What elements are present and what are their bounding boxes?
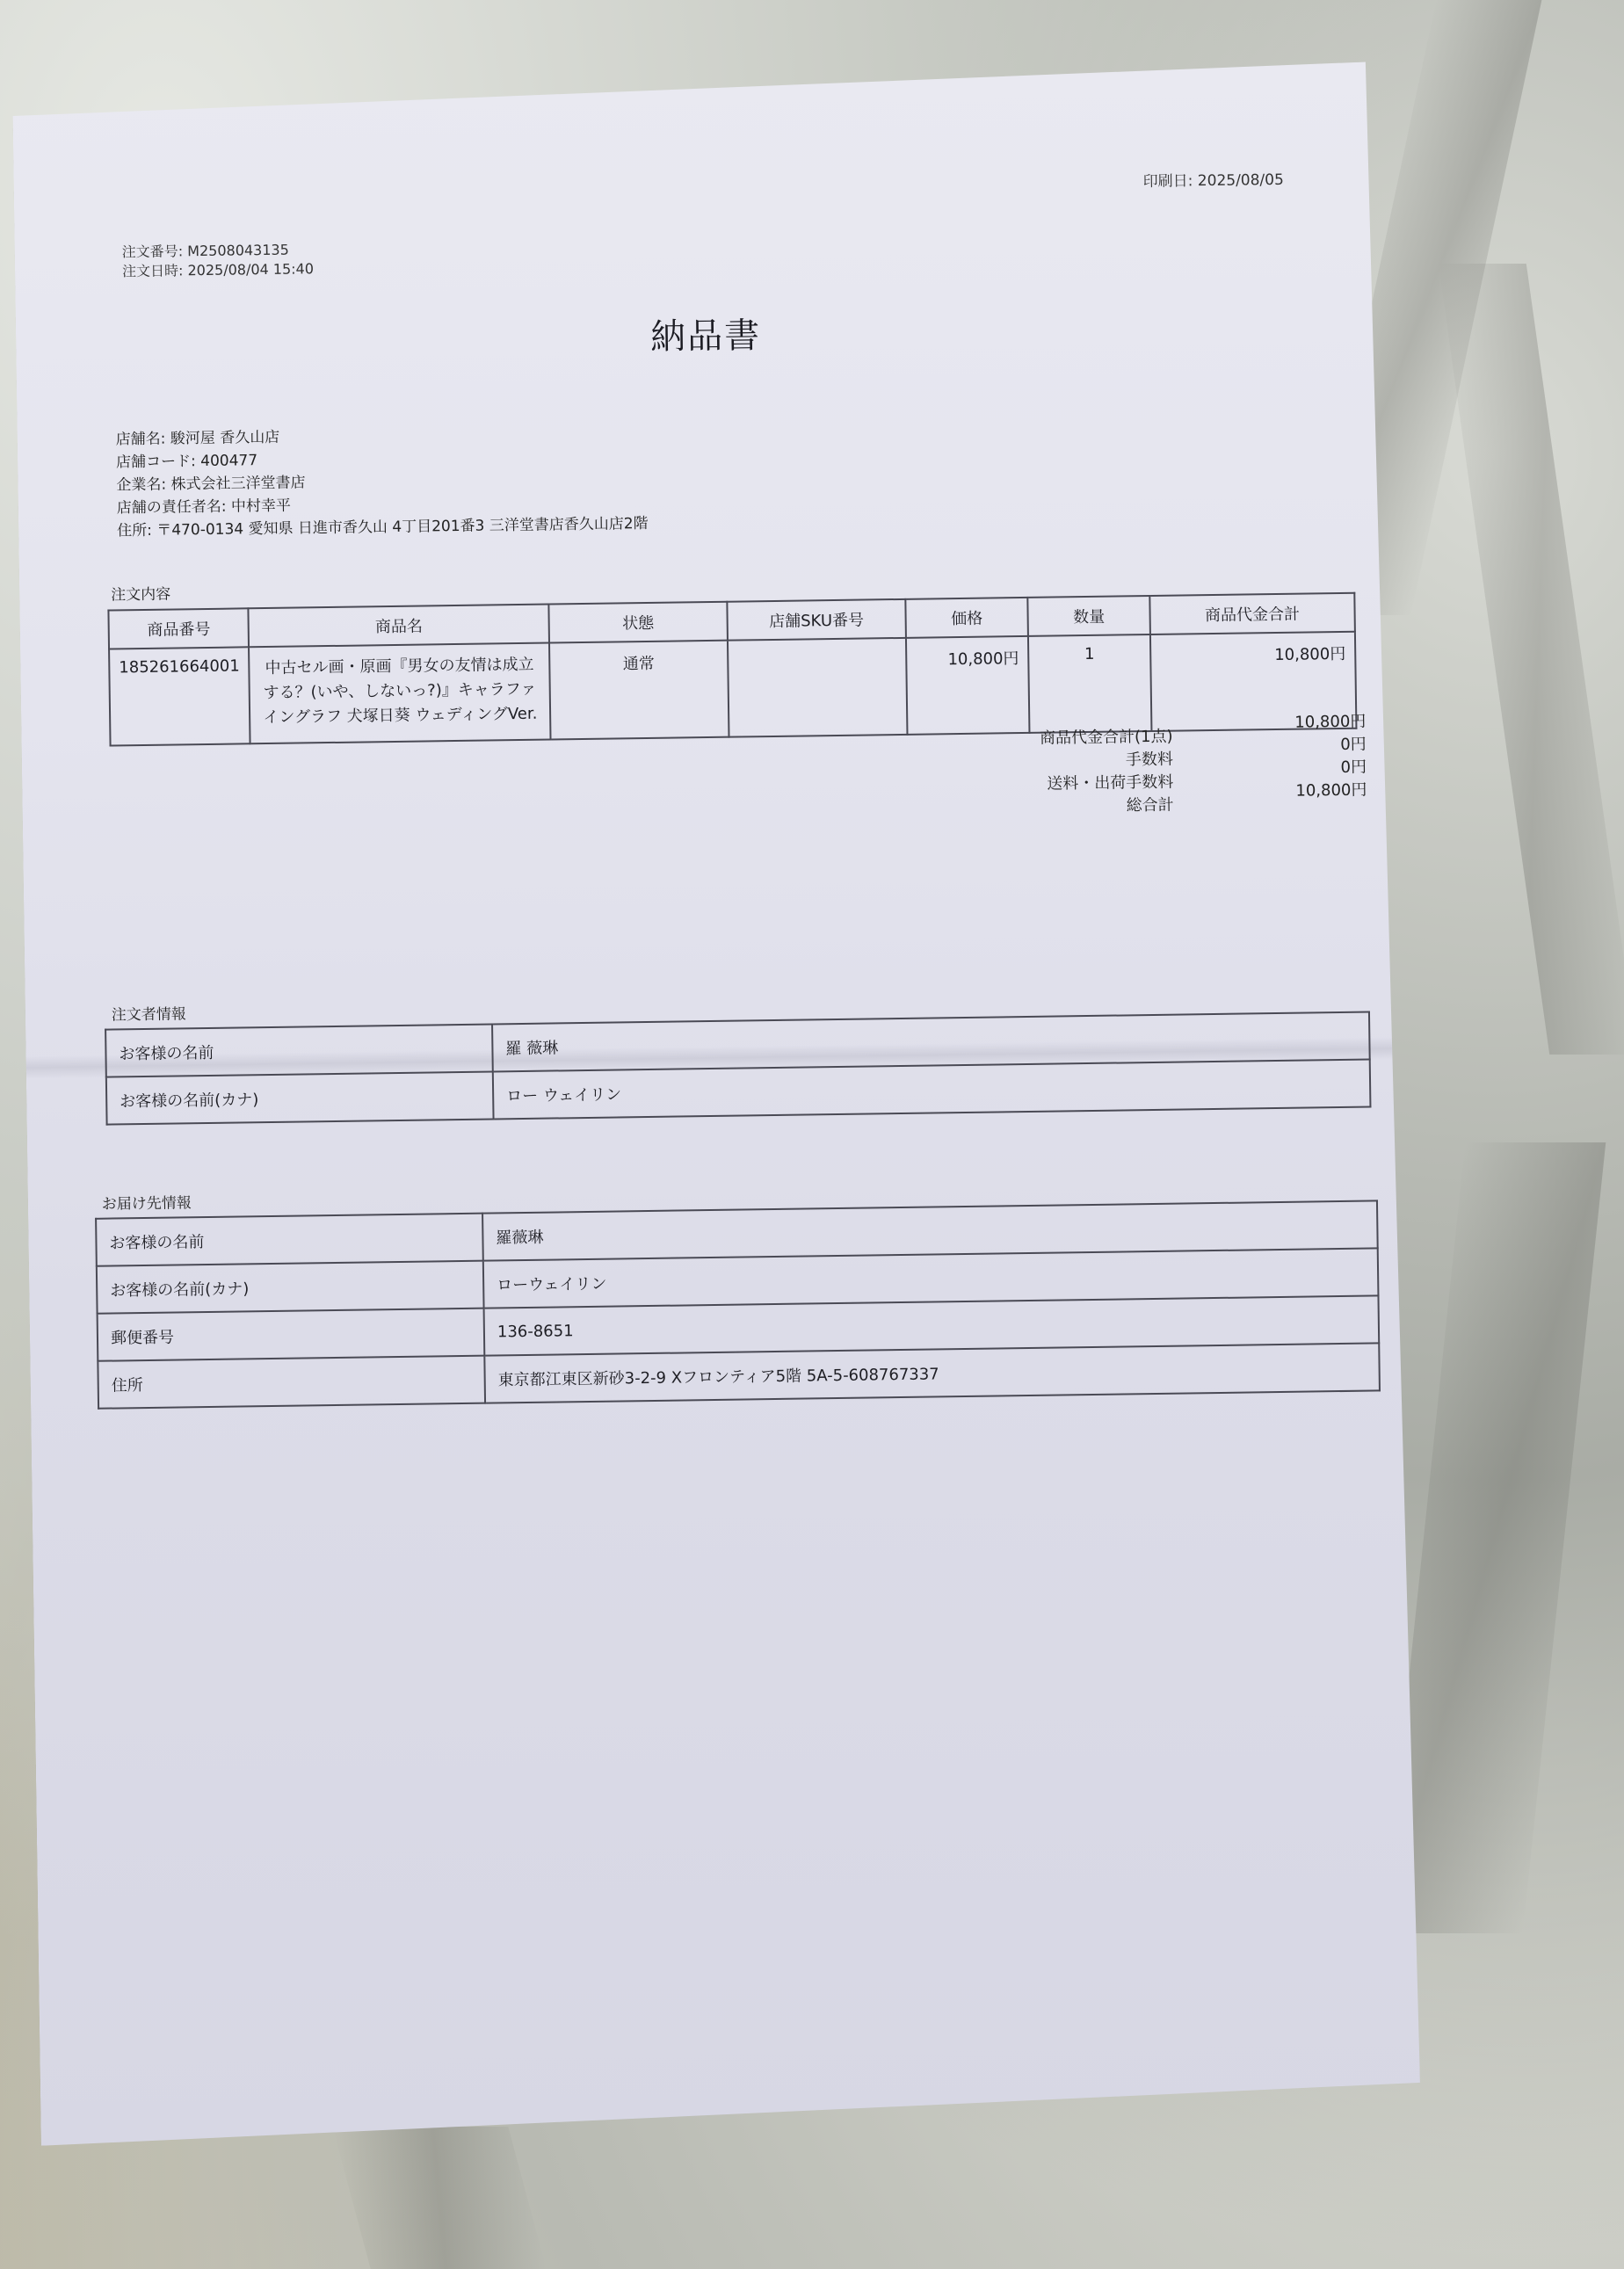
delivery-note-paper: 印刷日: 2025/08/05 注文番号: M2508043135 注文日時: … [12,62,1421,2146]
print-date: 印刷日: 2025/08/05 [1143,167,1284,191]
orderer-info-table: お客様の名前 羅 薇琳 お客様の名前(カナ) ロー ウェイリン [105,1011,1371,1126]
fee-label: 手数料 [936,747,1173,761]
store-code-value: 400477 [200,452,257,470]
delivery-address-label: 住所 [98,1356,485,1409]
delivery-kana-label: お客様の名前(カナ) [97,1261,484,1314]
delivery-info-label: お届け先情報 [102,1190,192,1213]
items-total-label: 商品代金合計(1点) [935,724,1172,738]
manager-value: 中村幸平 [231,497,291,516]
orderer-info-label: 注文者情報 [112,1001,186,1024]
order-datetime: 注文日時: 2025/08/04 15:40 [122,259,314,281]
store-code-label: 店舗コード [116,453,191,471]
totals-summary: 商品代金合計(1点) 10,800円 手数料 0円 送料・出荷手数料 0円 総合… [935,709,1367,807]
store-info: 店舗名: 駿河屋 香久山店 店舗コード: 400477 企業名: 株式会社三洋堂… [116,421,649,542]
store-address-label: 住所 [117,522,147,540]
manager-label: 店舗の責任者名 [117,498,221,518]
orderer-kana-label: お客様の名前(カナ) [106,1071,494,1124]
store-sku-cell [728,638,907,737]
column-header: 商品代金合計 [1149,593,1355,634]
condition-cell: 通常 [549,641,729,740]
column-header: 商品番号 [108,608,249,649]
order-meta: 注文番号: M2508043135 注文日時: 2025/08/04 15:40 [122,240,315,281]
company-value: 株式会社三洋堂書店 [170,474,305,493]
print-date-label: 印刷日 [1143,172,1188,191]
company-label: 企業名 [116,476,161,495]
product-name-cell: 中古セル画・原画『男女の友情は成立する？(いや、しないっ?)』キャラファイングラ… [249,643,550,744]
background-crease [1382,1142,1606,1933]
fee-value: 0円 [1208,732,1367,758]
print-date-value: 2025/08/05 [1198,171,1284,190]
items-total-value: 10,800円 [1207,709,1366,735]
product-number-cell: 185261664001 [109,647,250,745]
column-header: 価格 [905,598,1028,638]
background-crease [332,2127,546,2269]
background-crease [1439,264,1624,1055]
column-header: 数量 [1027,596,1149,636]
order-number-label: 注文番号 [122,243,178,260]
order-datetime-value: 2025/08/04 15:40 [187,260,314,279]
order-contents-label: 注文内容 [111,582,170,605]
shipping-value: 0円 [1208,755,1367,780]
column-header: 店舗SKU番号 [727,599,906,641]
grand-total-value: 10,800円 [1208,778,1367,803]
delivery-info-table: お客様の名前 羅薇琳 お客様の名前(カナ) ローウェイリン 郵便番号 136-8… [95,1200,1381,1409]
grand-total-label: 総合計 [936,793,1173,807]
delivery-name-label: お客様の名前 [96,1214,483,1266]
orderer-name-label: お客様の名前 [105,1024,493,1077]
delivery-note: 印刷日: 2025/08/05 注文番号: M2508043135 注文日時: … [12,62,1421,2146]
column-header: 状態 [548,602,728,643]
order-number-value: M2508043135 [187,242,289,260]
document-title: 納品書 [16,299,1396,368]
column-header: 商品名 [249,605,549,648]
store-name-label: 店舗名 [116,431,161,449]
postal-code-label: 郵便番号 [98,1308,485,1361]
store-address-value: 〒470-0134 愛知県 日進市香久山 4丁目201番3 三洋堂書店香久山店2… [156,515,649,540]
store-name-value: 駿河屋 香久山店 [170,429,280,448]
shipping-label: 送料・出荷手数料 [936,770,1173,784]
order-datetime-label: 注文日時 [122,262,178,279]
order-number: 注文番号: M2508043135 [122,240,314,262]
